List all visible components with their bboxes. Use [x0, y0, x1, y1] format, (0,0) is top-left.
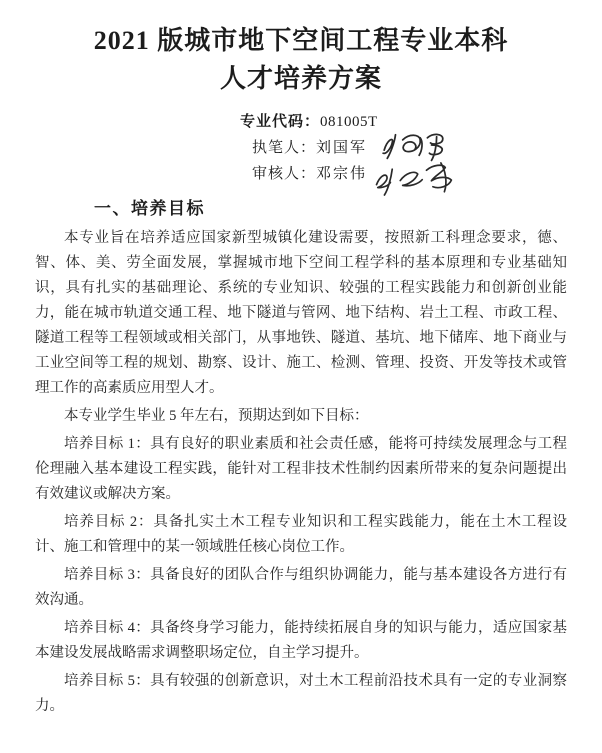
- paragraph-objective-5: 培养目标 5：具有较强的创新意识，对土木工程前沿技术具有一定的专业洞察力。: [35, 669, 567, 719]
- paragraph-objective-2: 培养目标 2：具备扎实土木工程专业知识和工程实践能力，能在土木工程设计、施工和管…: [35, 510, 567, 560]
- paragraph-objective-4: 培养目标 4：具备终身学习能力，能持续拓展自身的知识与能力，适应国家基本建设发展…: [35, 616, 567, 666]
- section-heading-training-objectives: 一、培养目标: [94, 197, 567, 221]
- major-code-label: 专业代码：: [240, 113, 320, 130]
- writer-label: 执笔人：: [252, 140, 316, 156]
- meta-row-writer: 执笔人：刘国军: [252, 135, 567, 161]
- document-page: 2021 版城市地下空间工程专业本科 人才培养方案 专业代码：081005T 执…: [0, 0, 602, 753]
- meta-row-reviewer: 审核人：邓宗伟: [252, 161, 567, 187]
- paragraph-program-overview: 本专业旨在培养适应国家新型城镇化建设需要，按照新工科理念要求，德、智、体、美、劳…: [35, 226, 567, 401]
- paragraph-objective-3: 培养目标 3：具备良好的团队合作与组织协调能力，能与基本建设各方进行有效沟通。: [35, 563, 567, 613]
- document-body: 本专业旨在培养适应国家新型城镇化建设需要，按照新工科理念要求，德、智、体、美、劳…: [35, 226, 567, 719]
- writer-name: 刘国军: [316, 140, 367, 156]
- reviewer-name: 邓宗伟: [316, 166, 367, 182]
- major-code-value: 081005T: [320, 114, 378, 130]
- title-line-1: 2021 版城市地下空间工程专业本科: [35, 22, 567, 60]
- reviewer-label: 审核人：: [252, 166, 316, 182]
- paragraph-graduation-expectation: 本专业学生毕业 5 年左右，预期达到如下目标：: [35, 404, 567, 429]
- paragraph-objective-1: 培养目标 1：具有良好的职业素质和社会责任感，能将可持续发展理念与工程伦理融入基…: [35, 432, 567, 507]
- document-title: 2021 版城市地下空间工程专业本科 人才培养方案: [35, 22, 567, 98]
- title-line-2: 人才培养方案: [35, 60, 567, 98]
- reviewer-signature-image: [372, 157, 464, 197]
- meta-row-major-code: 专业代码：081005T: [240, 109, 567, 135]
- meta-block: 专业代码：081005T 执笔人：刘国军 审核人：邓宗伟: [240, 109, 567, 187]
